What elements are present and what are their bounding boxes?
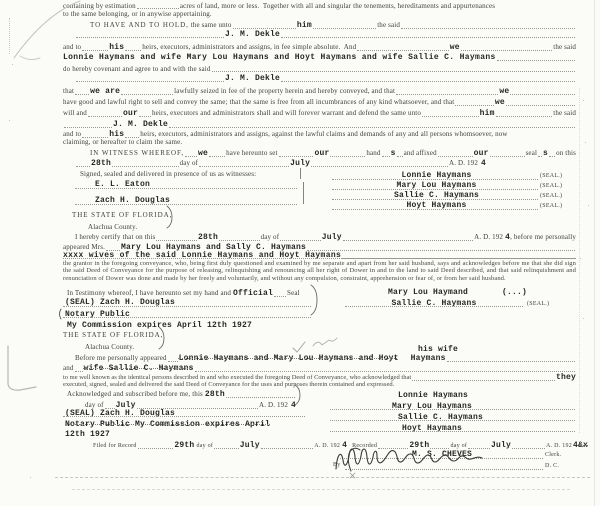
vertical-rule — [594, 0, 595, 506]
dotted-leader — [461, 48, 552, 51]
dotted-rule — [345, 469, 543, 470]
scan-speck — [588, 205, 589, 206]
dotted-leader — [279, 154, 314, 157]
pencil-hook — [20, 56, 40, 60]
text-segment: July — [491, 441, 511, 450]
text-segment: day of — [85, 401, 104, 409]
dotted-rule — [332, 179, 538, 180]
text-segment: Recorded — [352, 443, 377, 450]
text-segment: Haymans — [411, 354, 446, 363]
form-line-seized: thatwe arelawfully seized in fee of the … — [63, 87, 576, 96]
county-heading: Alachua County. — [85, 343, 134, 351]
by-line: By — [333, 462, 341, 469]
dotted-leader — [311, 164, 448, 167]
text-segment: that — [63, 87, 74, 95]
text-segment: Notary Public My Commission expires Apri… — [65, 420, 270, 429]
dotted-leader — [76, 79, 224, 82]
dotted-leader — [412, 378, 555, 381]
text-segment: (SEAL.) — [540, 193, 562, 200]
dotted-leader — [112, 164, 179, 167]
seal-label: (SEAL.) — [540, 203, 562, 210]
text-segment: him — [480, 109, 495, 118]
text-segment: claiming, or hereafter to claim the same… — [63, 138, 182, 146]
form-line-containing: containing by estimationacres of land, m… — [63, 2, 576, 10]
text-segment: (SEAL.) — [540, 203, 562, 210]
text-segment: s — [543, 149, 548, 158]
dotted-leader — [88, 114, 122, 117]
clerk-label: Clerk. — [545, 452, 561, 459]
paren-notary — [60, 309, 62, 319]
text-segment: hand — [366, 149, 380, 157]
commission-line: My Commission expires April 12th 1927 — [67, 321, 252, 330]
text-segment: his — [109, 43, 124, 52]
grantee-name: J. M. Dekle — [63, 120, 576, 129]
dotted-leader — [490, 154, 525, 157]
text-segment: we — [499, 87, 509, 96]
text-segment: heirs, executors, administrators and ass… — [140, 130, 507, 138]
seal-label: (SEAL.) — [540, 183, 562, 190]
text-segment: and — [63, 364, 74, 372]
dotted-leader — [280, 238, 321, 241]
text-segment: (...) — [502, 288, 527, 297]
filed-for-record-line: Filed for Record29thday ofJulyA. D. 1924… — [93, 441, 588, 450]
text-segment: Before me personally appeared — [75, 354, 167, 362]
dotted-leader — [496, 114, 553, 117]
text-segment: do hereby covenant and agree to and with… — [63, 65, 211, 73]
scan-speck — [30, 477, 31, 478]
dotted-leader — [401, 26, 575, 29]
dotted-leader — [199, 164, 289, 167]
text-segment: on this — [556, 149, 576, 157]
text-segment: 28th — [91, 159, 111, 168]
text-segment: Lonnie Haymans and wife Mary Lou Haymans… — [63, 53, 496, 62]
dotted-leader — [75, 369, 83, 372]
dotted-leader — [512, 446, 545, 449]
scan-speck — [9, 120, 10, 121]
dotted-rule — [340, 458, 543, 459]
dotted-rule — [63, 317, 311, 318]
dotted-rule — [332, 209, 538, 210]
dotted-leader — [382, 154, 390, 157]
text-segment: containing by estimation — [63, 2, 136, 10]
commission-line: 12th 1927 — [65, 430, 110, 439]
text-segment: day of — [180, 159, 199, 167]
text-segment: Lonnie Haymans and Mary Lou Haymans and … — [179, 354, 399, 363]
text-segment: the same unto — [189, 21, 232, 29]
scan-speck — [583, 100, 584, 101]
dotted-rule — [72, 489, 570, 490]
text-segment: acres of land, more or less. Together wi… — [180, 2, 495, 10]
ack-fine-line: executed, signed, sealed and delivered t… — [63, 381, 394, 388]
form-line-heirs-fee-simple: and tohisheirs, executors, administrator… — [63, 43, 576, 52]
text-segment: J. M. Dekle — [225, 30, 280, 39]
dotted-leader — [219, 238, 260, 241]
text-segment: have hereunto set — [226, 149, 278, 157]
text-segment: D. C. — [545, 463, 559, 470]
text-segment: Seal — [287, 289, 300, 297]
pencil-scribble — [313, 338, 337, 346]
state-heading: THE STATE OF FLORIDA, — [72, 211, 172, 219]
vertical-rule — [300, 168, 301, 179]
text-segment: Clerk. — [545, 452, 561, 459]
text-segment: and to — [63, 43, 81, 51]
commission-line: Notary Public My Commission expires Apri… — [65, 420, 270, 429]
text-segment: THE STATE OF FLORIDA, — [72, 211, 172, 219]
text-segment: (SEAL.) — [540, 183, 562, 190]
dotted-leader — [330, 154, 365, 157]
dotted-leader — [378, 446, 408, 449]
dotted-leader — [274, 294, 286, 297]
text-segment: wife Sallie C. Haymans — [84, 364, 194, 373]
text-segment: seal — [526, 149, 537, 157]
dotted-leader — [506, 103, 575, 106]
dower-fine-print: the grantor in the foregoing conveyance,… — [63, 260, 576, 282]
text-segment: our — [314, 149, 329, 158]
handwritten-signature-flourish — [348, 448, 360, 471]
text-segment: our — [123, 109, 138, 118]
dotted-rule — [75, 204, 297, 205]
appeared-line-2: andwife Sallie C. Haymans — [63, 364, 576, 373]
text-segment: him — [297, 21, 312, 30]
scan-speck — [585, 142, 586, 143]
acknowledged-line: Acknowledged and subscribed before me, t… — [67, 390, 296, 399]
dotted-leader — [468, 446, 490, 449]
witness-attestation: Signed, sealed and delivered in presence… — [80, 170, 256, 178]
text-segment: the said — [553, 43, 576, 51]
dotted-leader — [76, 35, 224, 38]
text-segment: heirs, executors and administrators shal… — [152, 109, 421, 117]
dotted-leader — [64, 125, 112, 128]
grantors-names: Lonnie Haymans and wife Mary Lou Haymans… — [63, 53, 576, 62]
dotted-leader — [281, 79, 575, 82]
form-line-to-have-and-to-hold: TO HAVE AND TO HOLD, the same untohimthe… — [90, 21, 576, 30]
text-segment: My Commission expires April 12th 1927 — [67, 321, 252, 330]
dotted-rule — [63, 306, 311, 307]
dotted-leader — [538, 154, 542, 157]
dotted-leader — [438, 154, 473, 157]
execution-date: 28thday ofJulyA. D. 1924 — [75, 159, 486, 168]
dotted-leader — [156, 238, 197, 241]
text-segment: they — [556, 373, 576, 382]
state-heading: THE STATE OF FLORIDA, — [63, 331, 163, 339]
grantee-name: J. M. Dekle — [75, 30, 576, 39]
signer-name: Lonnie Haymans — [398, 391, 468, 400]
text-segment: In Testimony whereof, I have hereunto se… — [67, 289, 231, 297]
pencil-check — [293, 342, 305, 352]
text-segment: have good and lawful right to sell and c… — [63, 98, 454, 106]
text-segment: Lonnie Haymans — [398, 391, 468, 400]
text-segment: J. M. Dekle — [113, 120, 168, 129]
dotted-leader — [281, 35, 575, 38]
dotted-leader — [214, 446, 239, 449]
dotted-rule — [345, 306, 523, 307]
text-segment: and to — [63, 130, 81, 138]
scan-speck — [583, 318, 584, 319]
certify-line: I hereby certify that on this28thday ofJ… — [75, 233, 576, 242]
dotted-leader — [82, 48, 108, 51]
text-segment: (SEAL.) — [540, 173, 562, 180]
text-segment: 12th 1927 — [65, 430, 110, 439]
dotted-leader — [121, 92, 173, 95]
form-line-good-right: have good and lawful right to sell and c… — [63, 98, 576, 107]
scan-speck — [580, 258, 581, 259]
dotted-rule — [75, 188, 297, 189]
text-segment: A. D. 192 — [314, 443, 340, 450]
text-segment: Official — [233, 289, 273, 298]
seal-label: (SEAL.) — [540, 173, 562, 180]
county-heading: Alachua County. — [88, 223, 137, 231]
dotted-leader — [137, 6, 179, 9]
vertical-rule — [303, 182, 304, 204]
text-segment: we — [495, 98, 505, 107]
text-segment: Filed for Record — [93, 443, 137, 450]
text-segment: day of — [450, 443, 467, 450]
text-segment: Alachua County. — [85, 343, 134, 351]
text-segment: we — [198, 149, 208, 158]
in-witness-line: IN WITNESS WHEREOF,wehave hereunto setou… — [90, 149, 576, 158]
dotted-rule — [332, 199, 538, 200]
dotted-leader — [139, 114, 151, 117]
dotted-leader — [430, 446, 449, 449]
dotted-leader — [233, 26, 296, 29]
dotted-leader — [261, 446, 313, 449]
dotted-rule — [63, 258, 576, 259]
text-segment: A. D. 192 — [259, 401, 288, 409]
text-segment: TO HAVE AND TO HOLD, — [90, 21, 189, 29]
dotted-leader — [185, 154, 197, 157]
text-segment: A. D. 192 — [546, 443, 572, 450]
text-segment: 4 — [342, 441, 347, 450]
dotted-leader — [75, 92, 89, 95]
dotted-leader — [447, 359, 575, 362]
seal-label: (SEAL.) — [527, 301, 549, 308]
text-segment: &x — [578, 441, 588, 450]
dotted-leader — [422, 114, 479, 117]
deed-document-page: containing by estimationacres of land, m… — [0, 0, 600, 506]
text-segment: July — [290, 159, 310, 168]
text-segment: we — [450, 43, 460, 52]
dotted-leader — [396, 92, 498, 95]
pencil-bracket-left — [8, 346, 36, 390]
text-segment: Mary Lou Haymand — [388, 288, 468, 297]
dotted-leader — [209, 154, 225, 157]
form-line-claiming: claiming, or hereafter to claim the same… — [63, 138, 182, 146]
text-segment: day of — [261, 233, 280, 241]
vertical-rule — [9, 18, 10, 54]
dc-label: D. C. — [545, 463, 559, 470]
text-segment: 4 — [291, 401, 296, 410]
text-segment: 29th — [409, 441, 429, 450]
text-segment: will and — [63, 109, 87, 117]
form-line-covenant: do hereby covenant and agree to and with… — [63, 65, 576, 73]
text-segment: our — [474, 149, 489, 158]
text-segment: , before me personally — [510, 233, 576, 241]
dotted-leader — [343, 238, 473, 241]
dotted-leader — [169, 125, 575, 128]
text-segment: appeared Mrs. — [63, 243, 105, 251]
text-segment: July — [322, 233, 342, 242]
dotted-rule — [330, 420, 575, 421]
text-segment: and affixed — [404, 149, 437, 157]
dotted-leader — [138, 446, 174, 449]
dotted-leader — [357, 48, 448, 51]
dotted-leader — [195, 369, 575, 372]
appeared-line: Before me personally appearedLonnie Haym… — [75, 354, 576, 363]
text-segment: Alachua County. — [88, 223, 137, 231]
dotted-rule — [330, 431, 575, 432]
text-segment: the said — [377, 21, 400, 29]
dotted-leader — [226, 395, 295, 398]
seal-label: (...) — [502, 288, 527, 297]
dotted-leader — [212, 69, 576, 72]
form-line-belonging: to the same belonging, or in anywise app… — [63, 10, 212, 18]
text-segment: THE STATE OF FLORIDA, — [63, 331, 163, 339]
text-segment: Signed, sealed and delivered in presence… — [80, 170, 256, 178]
text-segment: to the same belonging, or in anywise app… — [63, 10, 212, 18]
text-segment: A. D. 192 — [474, 233, 503, 241]
text-segment: 29th — [174, 441, 194, 450]
text-segment: By — [333, 462, 341, 469]
dotted-leader — [397, 154, 403, 157]
his-wife-insert: his wife — [418, 345, 458, 354]
text-segment: the said — [553, 109, 576, 117]
dotted-leader — [76, 164, 90, 167]
text-segment: 4 — [481, 159, 486, 168]
dotted-leader — [497, 58, 575, 61]
text-segment: executed, signed, sealed and delivered t… — [63, 381, 394, 388]
text-segment: Acknowledged and subscribed before me, t… — [67, 390, 203, 398]
dotted-leader — [313, 26, 376, 29]
dotted-leader — [455, 103, 494, 106]
dotted-leader — [168, 359, 178, 362]
text-segment: heirs, executors, administrators and ass… — [142, 43, 356, 51]
text-segment: A. D. 192 — [449, 159, 478, 167]
vertical-rule — [579, 88, 580, 433]
dotted-rule — [330, 409, 575, 410]
text-segment: J. M. Dekle — [225, 74, 280, 83]
text-segment: (SEAL.) — [527, 301, 549, 308]
text-segment: lawfully seized in fee of the property h… — [174, 87, 395, 95]
dotted-rule — [63, 416, 305, 417]
text-segment: we are — [90, 87, 120, 96]
text-segment: 28th — [198, 233, 218, 242]
text-segment: s — [391, 149, 396, 158]
grantee-name: J. M. Dekle — [75, 74, 576, 83]
text-segment: day of — [196, 443, 213, 450]
text-segment: I hereby certify that on this — [75, 233, 155, 241]
dower-signature: Mary Lou Haymand — [388, 288, 468, 297]
text-segment: 28th — [205, 390, 225, 399]
brace-testimony — [311, 285, 317, 315]
text-segment: July — [240, 441, 260, 450]
dotted-leader — [125, 48, 141, 51]
dotted-rule — [55, 477, 590, 478]
scan-speck — [12, 64, 13, 65]
testimony-line: In Testimony whereof, I have hereunto se… — [67, 289, 300, 298]
text-segment: his wife — [418, 345, 458, 354]
dotted-rule — [332, 189, 538, 190]
text-segment: IN WITNESS WHEREOF, — [90, 149, 184, 157]
dotted-leader — [549, 154, 555, 157]
form-line-warrant: will andourheirs, executors and administ… — [63, 109, 576, 118]
seal-label: (SEAL.) — [540, 193, 562, 200]
dotted-leader — [510, 92, 575, 95]
